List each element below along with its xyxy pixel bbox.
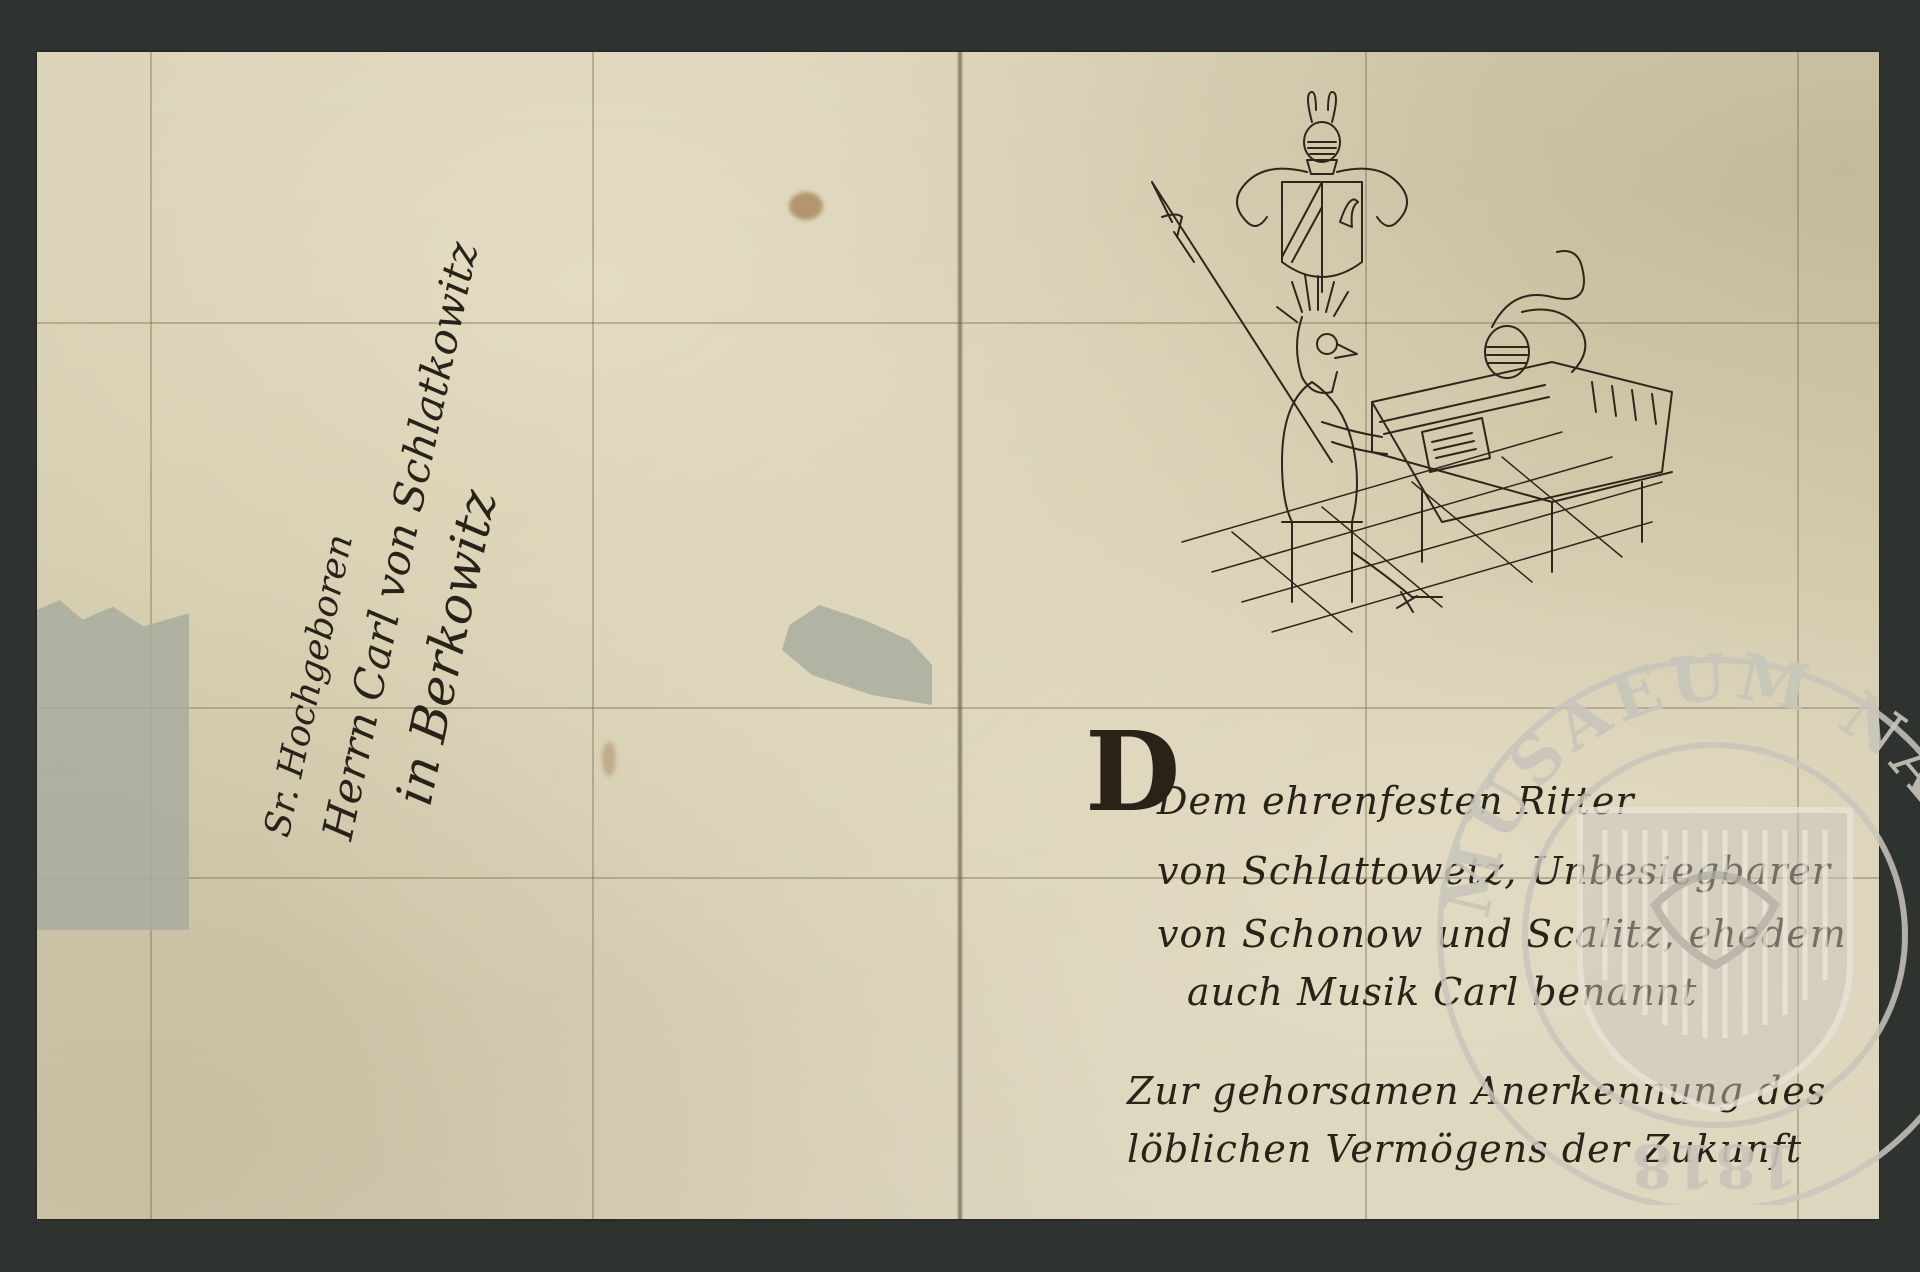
grand-piano-icon — [1372, 362, 1672, 572]
halberd-icon — [1152, 182, 1332, 462]
stain — [602, 742, 616, 776]
stamp-shield-icon — [1580, 810, 1850, 1110]
stain — [789, 192, 823, 220]
fold-line — [592, 52, 594, 1219]
knight-piano-illustration — [1122, 82, 1682, 642]
plumed-helmet-icon — [1485, 251, 1585, 378]
museum-stamp: MUSAEUM NATIONALE 1818 — [1415, 605, 1920, 1205]
coat-of-arms-icon — [1237, 92, 1407, 292]
repair-patch — [37, 600, 189, 930]
stamp-year: 1818 — [1632, 1130, 1799, 1200]
knight-figure-icon — [1277, 275, 1442, 612]
center-gutter — [957, 52, 963, 1219]
repair-patch — [782, 605, 932, 705]
